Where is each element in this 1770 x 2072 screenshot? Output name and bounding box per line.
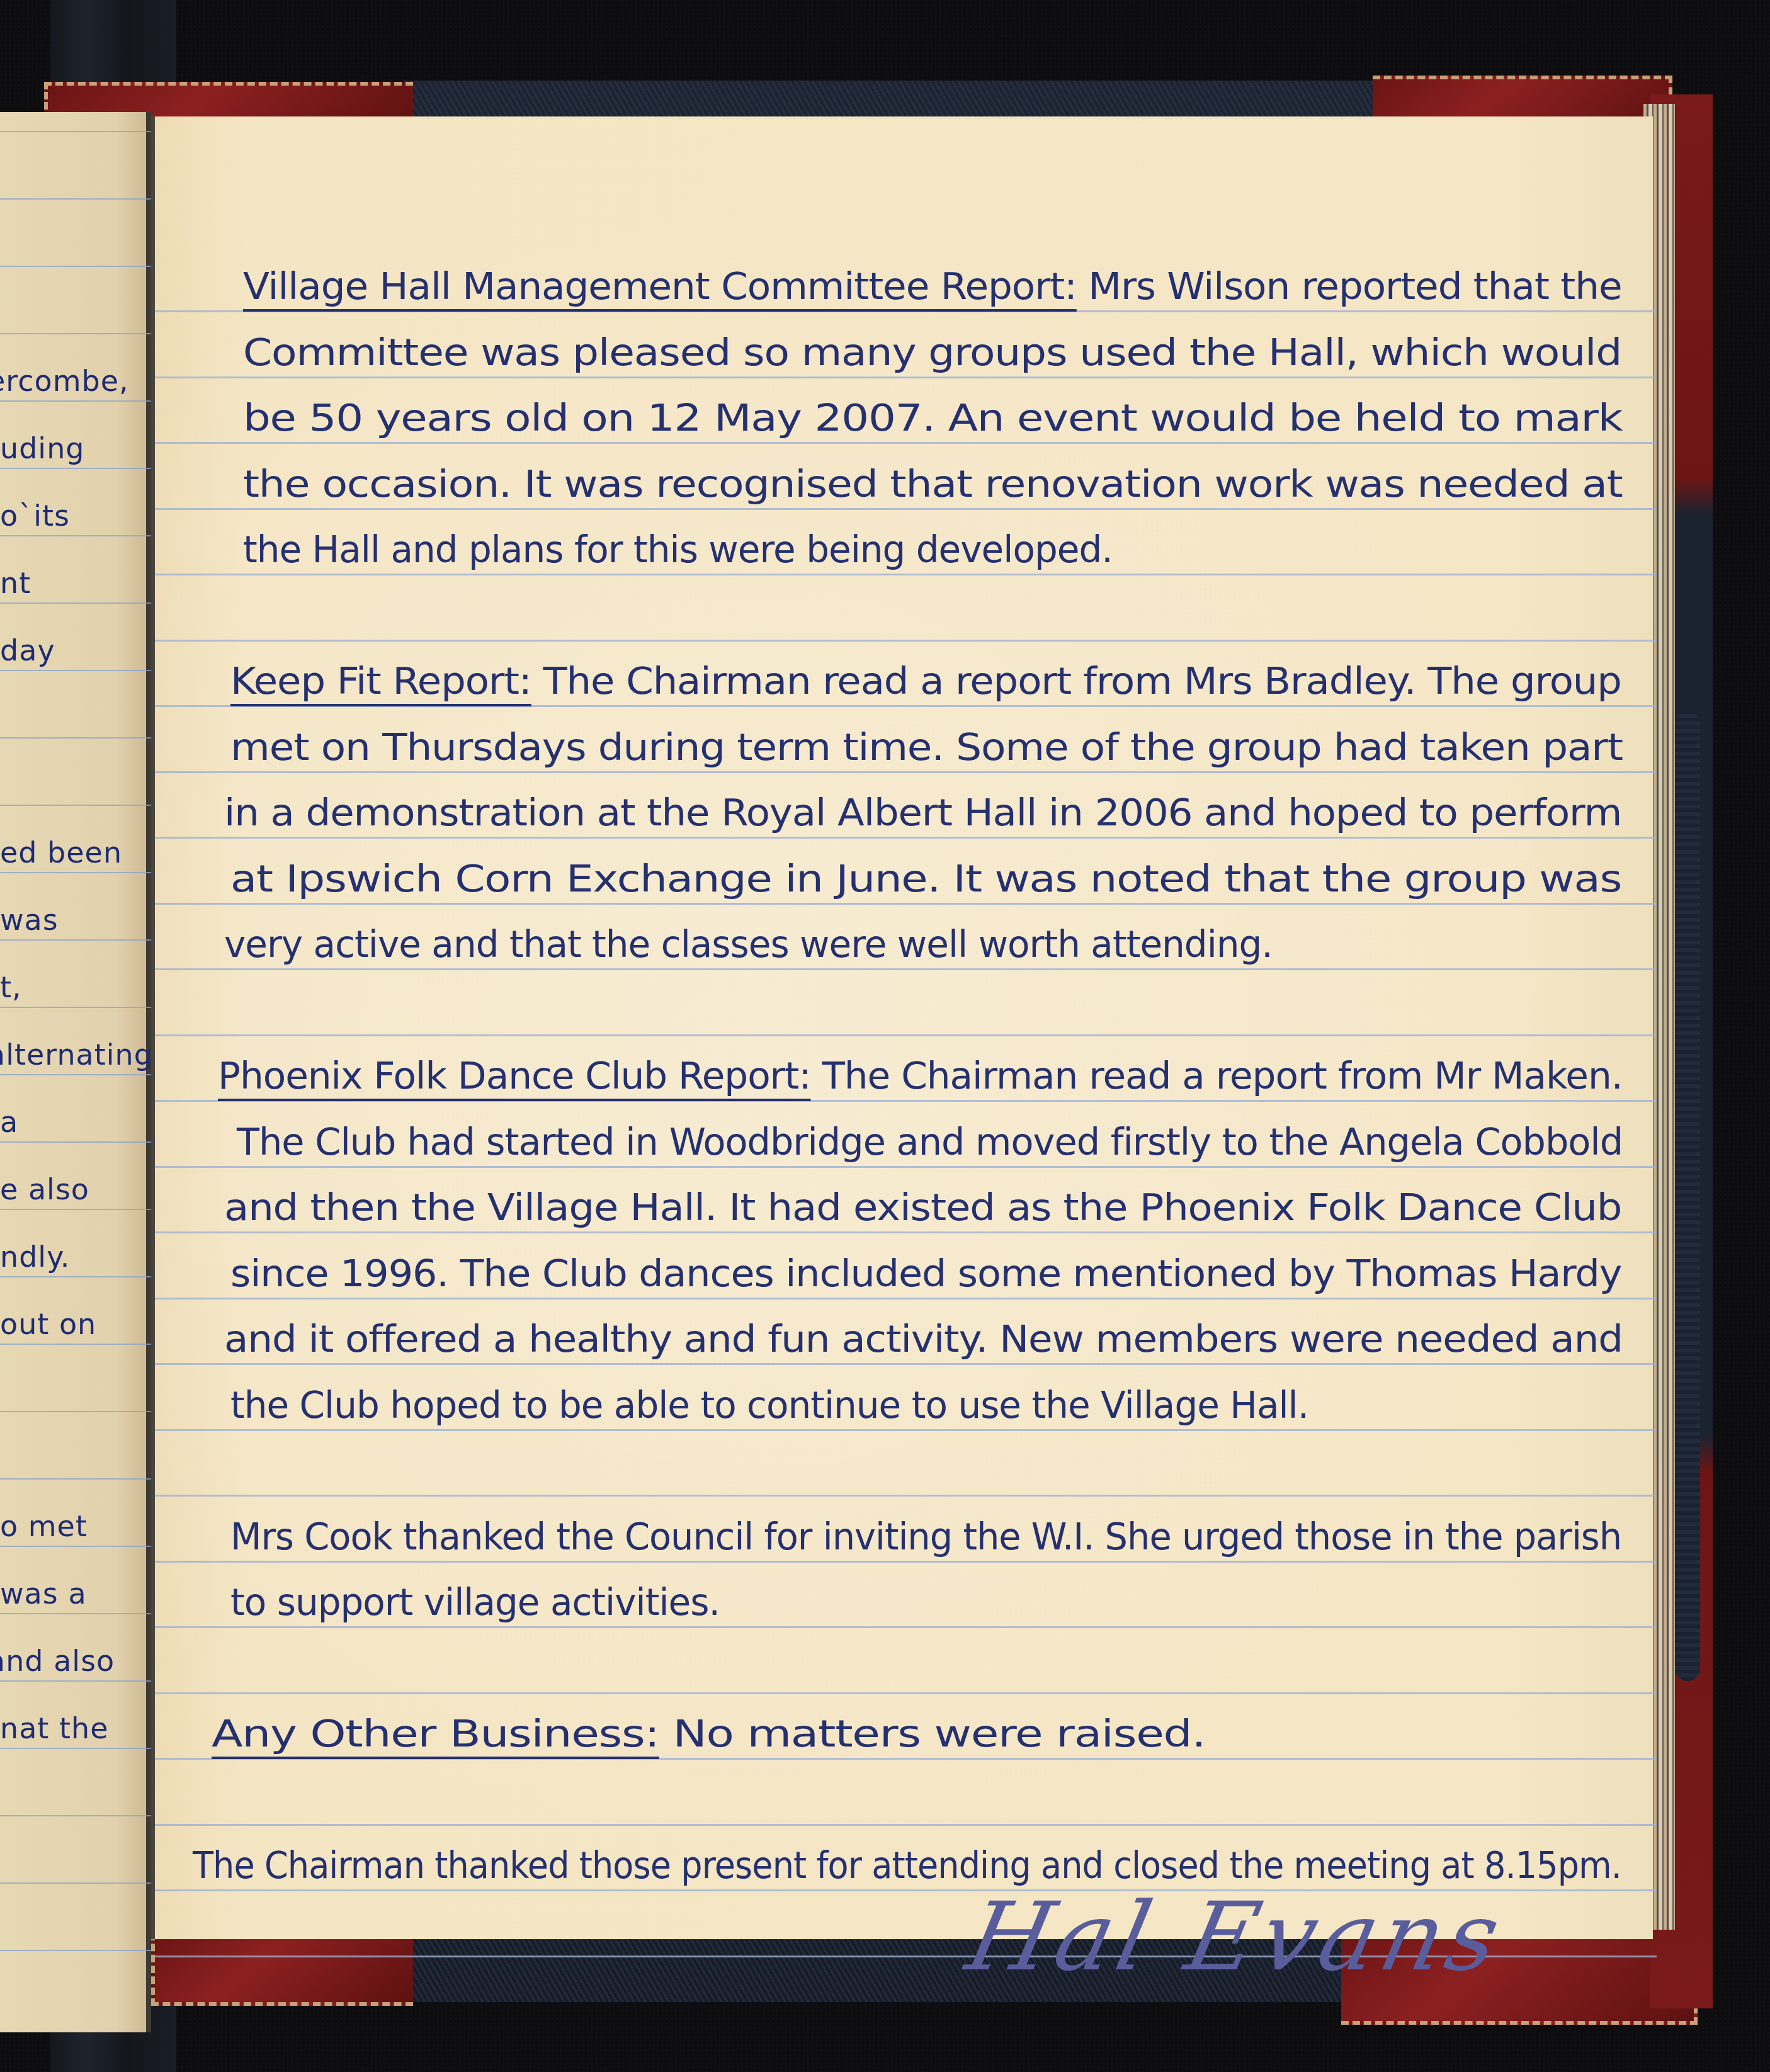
ruled-line [155, 442, 1657, 444]
ruled-line [0, 872, 151, 873]
ruled-line [155, 1363, 1657, 1365]
left-page-text-fragment: ndly. [0, 1240, 70, 1274]
left-page-text-fragment: ercombe, [0, 364, 129, 398]
left-page-text-fragment: was a [0, 1577, 87, 1611]
minutes-text: in a demonstration at the Royal Albert H… [224, 791, 1621, 834]
minutes-line: the Hall and plans for this were being d… [243, 528, 1113, 571]
left-page-text-fragment: uding [0, 431, 85, 465]
ruled-line [155, 903, 1657, 905]
ruled-line [0, 1546, 151, 1547]
minutes-line: The Chairman thanked those present for a… [193, 1844, 1621, 1887]
ruled-line [0, 1007, 151, 1008]
left-page-text-fragment: nt [0, 566, 31, 600]
left-page-text-fragment: and also [0, 1644, 115, 1678]
ruled-line [155, 1298, 1657, 1299]
ruled-line [155, 1561, 1657, 1563]
left-page-text-fragment: ed been [0, 835, 122, 869]
signature: Hal Evans [958, 1882, 1514, 1992]
ruled-line [155, 837, 1657, 839]
minutes-line: Committee was pleased so many groups use… [243, 331, 1621, 374]
left-page-text-fragment: o`its [0, 499, 70, 533]
ruled-line [0, 603, 151, 604]
left-page-text-fragment: out on [0, 1307, 96, 1341]
ruled-line [155, 771, 1657, 773]
minutes-line: at Ipswich Corn Exchange in June. It was… [230, 858, 1621, 900]
minutes-text: to support village activities. [230, 1581, 720, 1624]
minutes-line: and it offered a healthy and fun activit… [224, 1318, 1623, 1361]
leather-corner-bottom-left [151, 1933, 413, 2006]
minutes-text: Mrs Wilson reported that the [1077, 265, 1622, 308]
left-page-text-fragment: was [0, 903, 59, 937]
ruled-line [155, 705, 1657, 707]
ruled-line [155, 574, 1657, 575]
left-page-text-fragment: day [0, 633, 55, 667]
section-heading: Village Hall Management Committee Report… [243, 265, 1077, 308]
minutes-text: the Club hoped to be able to continue to… [230, 1384, 1308, 1427]
ruled-line [155, 1429, 1657, 1431]
ruled-line [155, 1166, 1657, 1168]
minutes-line: and then the Village Hall. It had existe… [224, 1186, 1621, 1229]
minutes-line: in a demonstration at the Royal Albert H… [224, 791, 1621, 834]
ruled-line [155, 376, 1657, 378]
minutes-line: very active and that the classes were we… [224, 923, 1273, 966]
ruled-line [0, 1613, 151, 1614]
minutes-line-first: Village Hall Management Committee Report… [243, 265, 1622, 308]
ruled-line [0, 1680, 151, 1682]
minutes-text: the occasion. It was recognised that ren… [243, 463, 1623, 506]
ruled-line [0, 1344, 151, 1345]
ruled-line [155, 640, 1657, 642]
ruled-line [0, 1478, 151, 1480]
ruled-line [155, 1692, 1657, 1694]
minutes-line: to support village activities. [230, 1581, 720, 1624]
ruled-line [155, 1034, 1657, 1036]
minutes-line: be 50 years old on 12 May 2007. An event… [243, 397, 1622, 439]
ruled-line [155, 1231, 1657, 1233]
minutes-line: The Club had started in Woodbridge and m… [237, 1121, 1623, 1163]
minutes-line: the Club hoped to be able to continue to… [230, 1384, 1308, 1427]
cloth-ridge [1675, 711, 1700, 1681]
ruled-line [0, 1141, 151, 1143]
minutes-text: Committee was pleased so many groups use… [243, 331, 1621, 374]
section-heading: Keep Fit Report: [230, 660, 531, 703]
minutes-text: Mrs Cook thanked the Council for invitin… [230, 1515, 1621, 1558]
minutes-text: and then the Village Hall. It had existe… [224, 1186, 1621, 1229]
minutes-line: Keep Fit Report: The Chairman read a rep… [230, 660, 1621, 703]
ruled-line [155, 1758, 1657, 1760]
ruled-line [0, 1950, 151, 1951]
right-page: Village Hall Management Committee Report… [151, 116, 1653, 1939]
minutes-line: Phoenix Folk Dance Club Report: The Chai… [218, 1055, 1623, 1097]
left-page-text-fragment: o met [0, 1509, 88, 1543]
minutes-line: Any Other Business: No matters were rais… [212, 1713, 1205, 1755]
section-heading: Phoenix Folk Dance Club Report: [218, 1055, 811, 1097]
minutes-text: the Hall and plans for this were being d… [243, 528, 1113, 571]
ruled-line [0, 1276, 151, 1277]
ruled-line [155, 310, 1657, 312]
ruled-line [0, 1411, 151, 1412]
ruled-line [155, 1495, 1657, 1497]
minutes-text: be 50 years old on 12 May 2007. An event… [243, 397, 1622, 439]
left-page-text-fragment: t, [0, 970, 22, 1004]
ruled-line [155, 508, 1657, 510]
ruled-line [0, 1209, 151, 1210]
ruled-line [0, 1074, 151, 1075]
ruled-line [0, 535, 151, 536]
left-page-text-fragment: alternating [0, 1038, 153, 1072]
left-page-text-fragment: nat the [0, 1711, 109, 1745]
section-heading: Any Other Business: [212, 1713, 659, 1755]
ruled-line [155, 1824, 1657, 1826]
ruled-line [0, 1815, 151, 1816]
ruled-line [0, 266, 151, 267]
ruled-line [0, 805, 151, 806]
ruled-line [155, 1626, 1657, 1628]
ruled-line [0, 333, 151, 334]
ruled-line [0, 737, 151, 739]
ruled-line [0, 198, 151, 200]
minutes-line: the occasion. It was recognised that ren… [243, 463, 1623, 506]
minutes-line: since 1996. The Club dances included som… [230, 1252, 1621, 1295]
minutes-text: and it offered a healthy and fun activit… [224, 1318, 1623, 1361]
ruled-line [0, 1882, 151, 1884]
ruled-line [0, 131, 151, 132]
left-page-text-fragment: a [0, 1105, 18, 1139]
minutes-text: The Chairman read a report from Mr Maken… [811, 1055, 1623, 1097]
ruled-line [0, 400, 151, 402]
minutes-text: met on Thursdays during term time. Some … [230, 726, 1623, 769]
minutes-line: Mrs Cook thanked the Council for invitin… [230, 1515, 1621, 1558]
minutes-text: The Chairman thanked those present for a… [193, 1844, 1621, 1887]
minutes-text: since 1996. The Club dances included som… [230, 1252, 1621, 1295]
ruled-line [155, 968, 1657, 970]
minutes-text: The Chairman read a report from Mrs Brad… [531, 660, 1621, 703]
ruled-line [0, 468, 151, 469]
ruled-line [0, 1748, 151, 1749]
minutes-line: met on Thursdays during term time. Some … [230, 726, 1623, 769]
ruled-line [155, 1100, 1657, 1102]
ruled-line [0, 939, 151, 941]
left-page-text-fragment: e also [0, 1172, 89, 1206]
minutes-text: The Club had started in Woodbridge and m… [237, 1121, 1623, 1163]
ruled-line [0, 670, 151, 671]
minutes-text: very active and that the classes were we… [224, 923, 1273, 966]
minutes-text: at Ipswich Corn Exchange in June. It was… [230, 858, 1621, 900]
minutes-text: No matters were raised. [659, 1713, 1205, 1755]
left-page: ercombe,udingo`itsntdayed beenwast,alter… [0, 112, 151, 2032]
